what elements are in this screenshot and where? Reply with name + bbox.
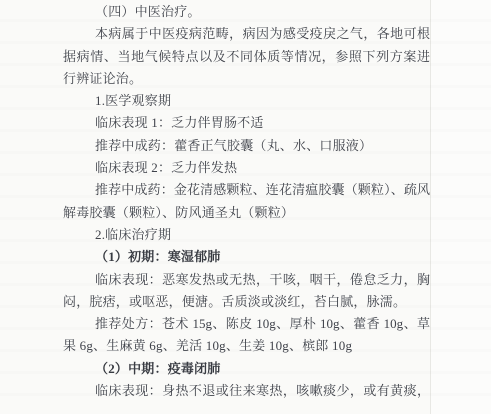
document-text-line: 据病情、当地气候特点以及不同体质等情况，参照下列方案进 xyxy=(63,46,430,68)
document-text-line: 临床表现：恶寒发热或无热，干咳，咽干，倦怠乏力，胸 xyxy=(63,269,430,291)
document-text-line: 临床表现 1：乏力伴胃肠不适 xyxy=(63,112,430,134)
document-text-line: 本病属于中医疫病范畴，病因为感受疫戾之气，各地可根 xyxy=(63,23,430,45)
document-text-line: 推荐中成药：金花清感颗粒、连花清瘟胶囊（颗粒）、疏风 xyxy=(63,179,430,201)
document-text-line: 推荐处方：苍术 15g、陈皮 10g、厚朴 10g、藿香 10g、草 xyxy=(63,313,430,335)
section-heading-line: （1）初期：寒湿郁肺 xyxy=(63,246,430,268)
scan-edge-line xyxy=(430,0,431,414)
document-text-line: 1.医学观察期 xyxy=(63,90,430,112)
document-text-line: （四）中医治疗。 xyxy=(63,1,430,23)
document-text-line: 行辨证论治。 xyxy=(63,68,430,90)
document-text-line: 推荐中成药：藿香正气胶囊（丸、水、口服液） xyxy=(63,135,430,157)
document-text-line: 闷，脘痞，或呕恶，便溏。舌质淡或淡红，苔白腻，脉濡。 xyxy=(63,291,430,313)
document-text-line: 解毒胶囊（颗粒）、防风通圣丸（颗粒） xyxy=(63,202,430,224)
document-text-line: 临床表现 2：乏力伴发热 xyxy=(63,157,430,179)
document-text-line: 临床表现：身热不退或往来寒热，咳嗽痰少，或有黄痰， xyxy=(63,380,430,402)
text-column: （四）中医治疗。本病属于中医疫病范畴，病因为感受疫戾之气，各地可根据病情、当地气… xyxy=(63,1,430,402)
document-text-line: 果 6g、生麻黄 6g、羌活 10g、生姜 10g、槟郎 10g xyxy=(63,335,430,357)
section-heading-line: （2）中期：疫毒闭肺 xyxy=(63,358,430,380)
page-right-margin-strip xyxy=(430,0,491,414)
document-text-line: 2.临床治疗期 xyxy=(63,224,430,246)
scanned-document-page: { "page": { "background_color": "#fafaf8… xyxy=(0,0,491,414)
